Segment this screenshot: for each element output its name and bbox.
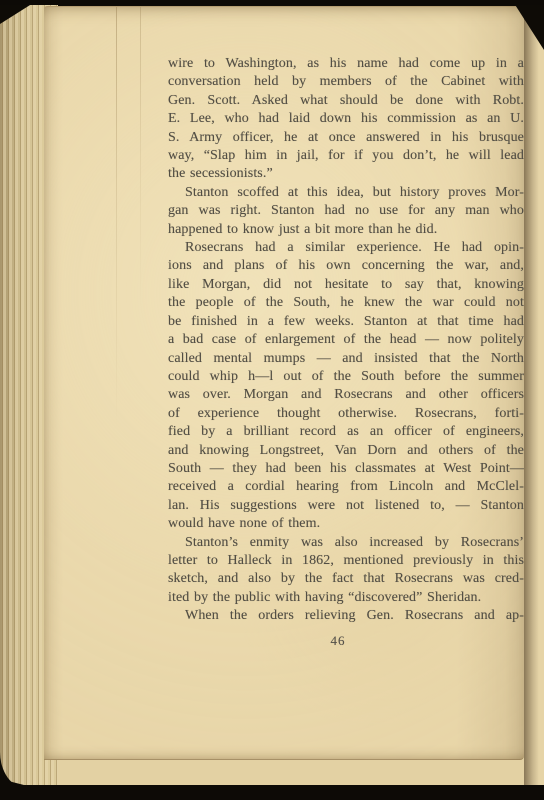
text-line: gan was right. Stanton had no use for an… xyxy=(168,202,524,220)
scan-background-bottom xyxy=(0,785,544,800)
text-line: ions and plans of his own concerning the… xyxy=(168,257,524,275)
text-line: lan. His suggestions were not listened t… xyxy=(168,497,524,515)
text-line: was over. Morgan and Rosecrans and other… xyxy=(168,386,524,404)
facing-page-edge xyxy=(524,8,544,790)
page-crease xyxy=(116,7,117,427)
text-line: Rosecrans had a similar experience. He h… xyxy=(168,239,524,257)
text-line: would have none of them. xyxy=(168,515,524,533)
text-line: and knowing Longstreet, Van Dorn and oth… xyxy=(168,442,524,460)
text-line: Gen. Scott. Asked what should be done wi… xyxy=(168,92,524,110)
text-line: South — they had been his classmates at … xyxy=(168,460,524,478)
text-line: way, “Slap him in jail, for if you don’t… xyxy=(168,147,524,165)
text-line: received a cordial hearing from Lincoln … xyxy=(168,478,524,496)
text-line: S. Army officer, he at once answered in … xyxy=(168,129,524,147)
text-line: When the orders relieving Gen. Rosecrans… xyxy=(168,607,524,625)
text-line: could whip h—l out of the South before t… xyxy=(168,368,524,386)
text-line: called mental mumps — and insisted that … xyxy=(168,350,524,368)
text-line: a bad case of enlargement of the head — … xyxy=(168,331,524,349)
text-line: wire to Washington, as his name had come… xyxy=(168,55,524,73)
text-line: E. Lee, who had laid down his commission… xyxy=(168,110,524,128)
text-line: happened to know just a bit more than he… xyxy=(168,221,524,239)
text-line: be finished in a few weeks. Stanton at t… xyxy=(168,313,524,331)
text-line: Stanton scoffed at this idea, but histor… xyxy=(168,184,524,202)
text-line: like Morgan, did not hesitate to say tha… xyxy=(168,276,524,294)
text-line: Stanton’s enmity was also increased by R… xyxy=(168,534,524,552)
text-line: of experience thought otherwise. Rosecra… xyxy=(168,405,524,423)
text-line: sketch, and also by the fact that Rosecr… xyxy=(168,570,524,588)
text-line: the secessionists.” xyxy=(168,165,524,183)
text-line: the people of the South, he knew the war… xyxy=(168,294,524,312)
book-page: wire to Washington, as his name had come… xyxy=(44,6,524,760)
text-line: ited by the public with having “discover… xyxy=(168,589,524,607)
book-scan: wire to Washington, as his name had come… xyxy=(0,0,544,800)
text-line: conversation held by members of the Cabi… xyxy=(168,73,524,91)
scan-background-top xyxy=(0,0,544,5)
page-crease xyxy=(140,7,141,307)
page-text: wire to Washington, as his name had come… xyxy=(168,55,524,626)
text-line: letter to Halleck in 1862, mentioned pre… xyxy=(168,552,524,570)
text-line: fied by a brilliant record as an officer… xyxy=(168,423,524,441)
page-number: 46 xyxy=(168,633,508,649)
